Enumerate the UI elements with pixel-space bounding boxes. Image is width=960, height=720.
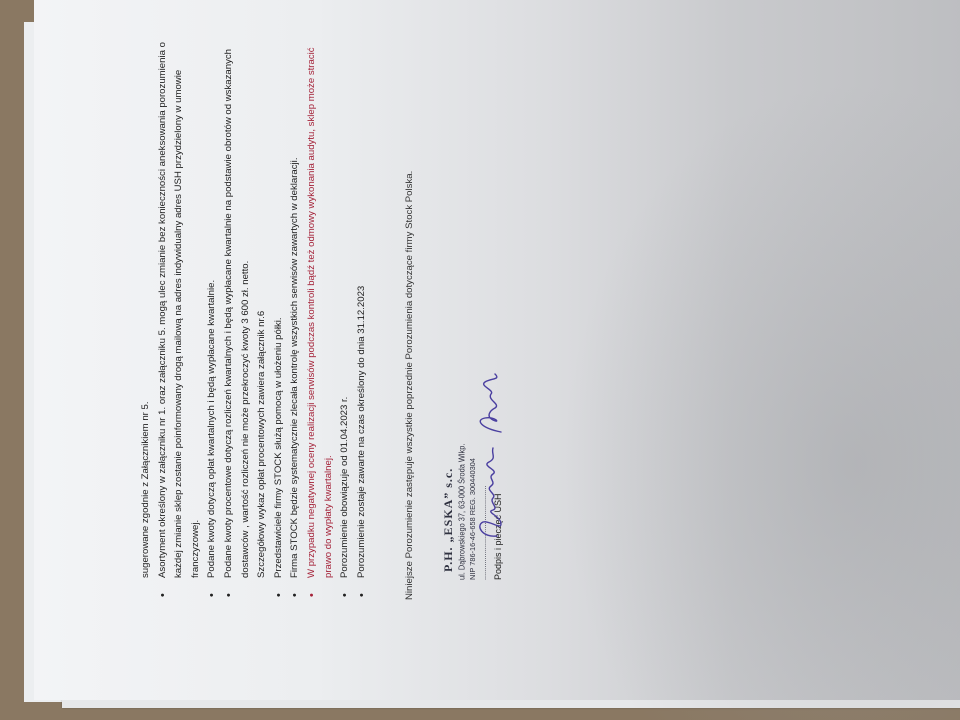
intro-line: sugerowane zgodnie z Załącznikiem nr 5.	[138, 40, 155, 600]
terms-list: Asortyment określony w załączniku nr 1. …	[155, 40, 371, 600]
list-item: Podane kwoty dotyczą opłat kwartalnych i…	[204, 40, 221, 600]
shadow-overlay	[560, 80, 960, 720]
list-item: Porozumienie obowiązuje od 01.04.2023 r.	[337, 40, 354, 600]
handwritten-signature-icon	[471, 370, 505, 540]
stamp-address: ul. Dąbrowskiego 37, 63-000 Środa Wlkp.	[455, 380, 468, 580]
company-stamp: P.H. „ESKA” s.c. ul. Dąbrowskiego 37, 63…	[441, 380, 505, 580]
list-item: Przedstawiciele firmy STOCK służą pomocą…	[271, 40, 288, 600]
closing-statement: Niniejsze Porozumienie zastępuje wszystk…	[402, 40, 419, 600]
list-item: Szczegółowy wykaz opłat procentowych zaw…	[254, 40, 271, 600]
list-item: W przypadku negatywnej oceny realizacji …	[304, 40, 337, 600]
list-item: Firma STOCK będzie systematycznie zlecał…	[287, 40, 304, 600]
document-body: sugerowane zgodnie z Załącznikiem nr 5. …	[138, 40, 578, 600]
list-item: Porozumienie zostaje zawarte na czas okr…	[354, 40, 371, 600]
list-item: Asortyment określony w załączniku nr 1. …	[155, 40, 205, 600]
list-item: Podane kwoty procentowe dotyczą rozlicze…	[221, 40, 254, 600]
stamp-company-name: P.H. „ESKA” s.c.	[441, 380, 456, 580]
